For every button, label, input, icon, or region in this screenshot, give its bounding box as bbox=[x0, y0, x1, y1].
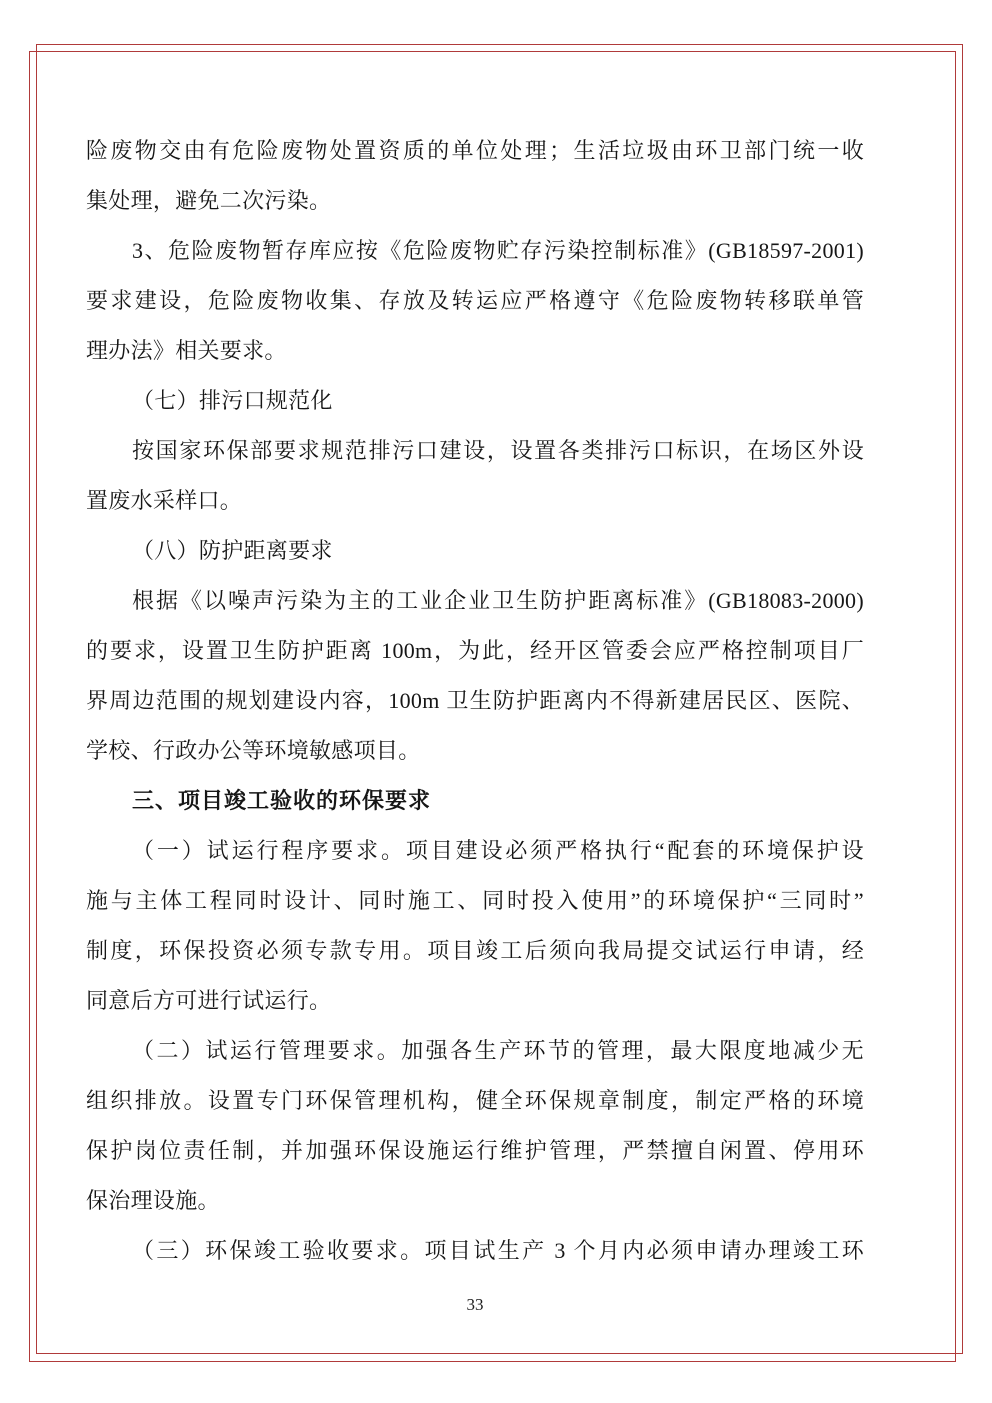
text-line: 组织排放。设置专门环保管理机构，健全环保规章制度，制定严格的环境 bbox=[86, 1076, 864, 1126]
text-line: （一）试运行程序要求。项目建设必须严格执行“配套的环境保护设 bbox=[86, 826, 864, 876]
text-line: 同意后方可进行试运行。 bbox=[86, 976, 864, 1026]
document-page: 险废物交由有危险废物处置资质的单位处理；生活垃圾由环卫部门统一收集处理，避免二次… bbox=[0, 0, 992, 1403]
text-line: 根据《以噪声污染为主的工业企业卫生防护距离标准》(GB18083-2000) bbox=[86, 576, 864, 626]
text-line: （七）排污口规范化 bbox=[86, 376, 864, 426]
text-line: 的要求，设置卫生防护距离 100m，为此，经开区管委会应严格控制项目厂 bbox=[86, 626, 864, 676]
text-line: 制度，环保投资必须专款专用。项目竣工后须向我局提交试运行申请，经 bbox=[86, 926, 864, 976]
text-line: 理办法》相关要求。 bbox=[86, 326, 864, 376]
text-line: （三）环保竣工验收要求。项目试生产 3 个月内必须申请办理竣工环 bbox=[86, 1226, 864, 1276]
section-heading-line: 三、项目竣工验收的环保要求 bbox=[86, 776, 864, 826]
text-line: 要求建设，危险废物收集、存放及转运应严格遵守《危险废物转移联单管 bbox=[86, 276, 864, 326]
text-line: 保治理设施。 bbox=[86, 1176, 864, 1226]
document-body: 险废物交由有危险废物处置资质的单位处理；生活垃圾由环卫部门统一收集处理，避免二次… bbox=[86, 126, 864, 1276]
text-line: 集处理，避免二次污染。 bbox=[86, 176, 864, 226]
text-line: 置废水采样口。 bbox=[86, 476, 864, 526]
text-line: 保护岗位责任制，并加强环保设施运行维护管理，严禁擅自闲置、停用环 bbox=[86, 1126, 864, 1176]
text-line: 界周边范围的规划建设内容，100m 卫生防护距离内不得新建居民区、医院、 bbox=[86, 676, 864, 726]
page-number: 33 bbox=[86, 1292, 864, 1318]
text-line: （八）防护距离要求 bbox=[86, 526, 864, 576]
text-line: 学校、行政办公等环境敏感项目。 bbox=[86, 726, 864, 776]
text-line: 按国家环保部要求规范排污口建设，设置各类排污口标识，在场区外设 bbox=[86, 426, 864, 476]
text-line: 施与主体工程同时设计、同时施工、同时投入使用”的环境保护“三同时” bbox=[86, 876, 864, 926]
text-line: 险废物交由有危险废物处置资质的单位处理；生活垃圾由环卫部门统一收 bbox=[86, 126, 864, 176]
text-line: 3、危险废物暂存库应按《危险废物贮存污染控制标准》(GB18597-2001) bbox=[86, 226, 864, 276]
text-line: （二）试运行管理要求。加强各生产环节的管理，最大限度地减少无 bbox=[86, 1026, 864, 1076]
